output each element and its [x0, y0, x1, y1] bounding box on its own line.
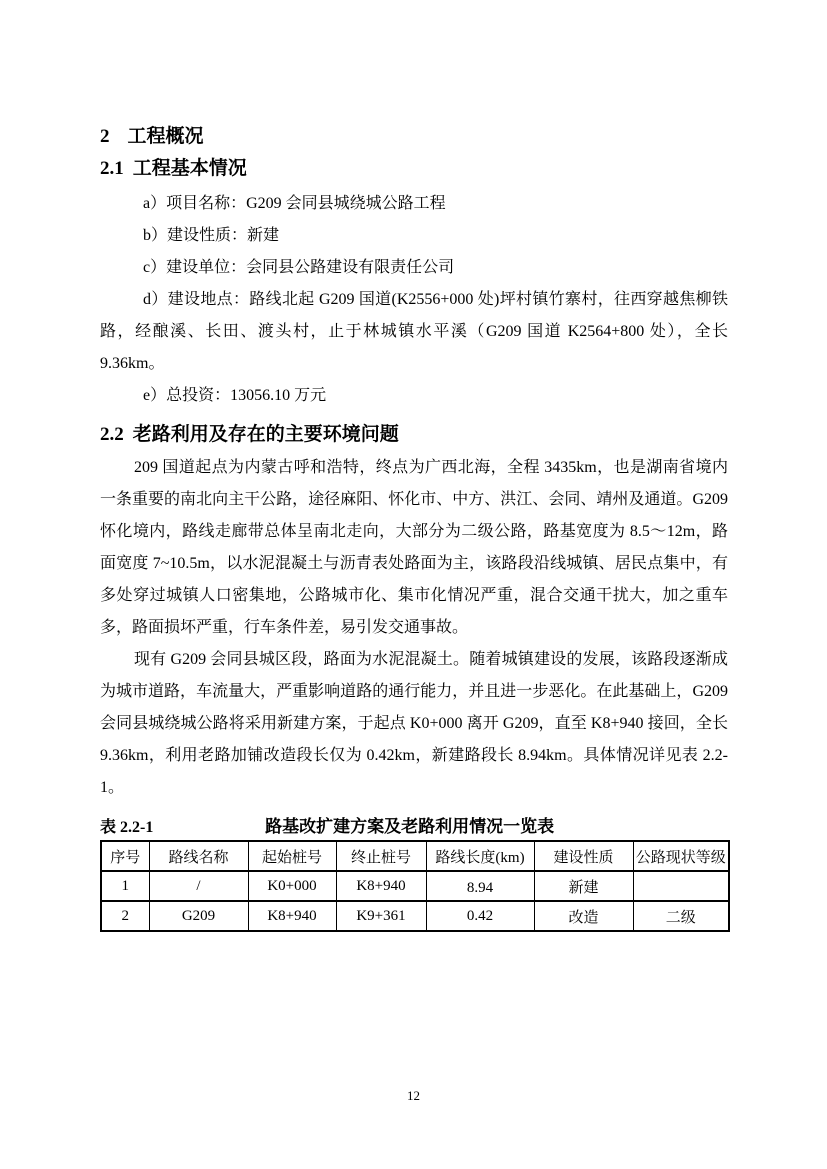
- list-item-a: a）项目名称：G209 会同县城绕城公路工程: [100, 188, 728, 220]
- cell-start-stake: K8+940: [248, 901, 336, 931]
- cell-length: 8.94: [426, 871, 534, 901]
- chapter-heading-title: 工程概况: [128, 126, 204, 147]
- table-caption-title: 路基改扩建方案及老路利用情况一览表: [153, 812, 666, 837]
- section-heading-2-1-title: 工程基本情况: [133, 158, 247, 179]
- section-heading-2-1-number: 2.1: [100, 158, 124, 179]
- section-heading-2-1: 2.1工程基本情况: [100, 156, 728, 182]
- cell-start-stake: K0+000: [248, 871, 336, 901]
- col-header-construction-type: 建设性质: [534, 841, 633, 871]
- col-header-length: 路线长度(km): [426, 841, 534, 871]
- col-header-start-stake: 起始桩号: [248, 841, 336, 871]
- cell-end-stake: K8+940: [336, 871, 426, 901]
- body-paragraph-1: 209 国道起点为内蒙古呼和浩特，终点为广西北海，全程 3435km，也是湖南省…: [100, 452, 728, 644]
- cell-index: 1: [101, 871, 149, 901]
- table-caption: 表 2.2-1 路基改扩建方案及老路利用情况一览表: [100, 812, 728, 837]
- cell-index: 2: [101, 901, 149, 931]
- cell-route-name: /: [149, 871, 248, 901]
- section-heading-2-2-title: 老路利用及存在的主要环境问题: [133, 424, 399, 445]
- table-row: 1 / K0+000 K8+940 8.94 新建: [101, 871, 729, 901]
- cell-road-grade: [633, 871, 729, 901]
- col-header-road-grade: 公路现状等级: [633, 841, 729, 871]
- cell-length: 0.42: [426, 901, 534, 931]
- cell-construction-type: 改造: [534, 901, 633, 931]
- body-paragraph-2: 现有 G209 会同县城区段，路面为水泥混凝土。随着城镇建设的发展，该路段逐渐成…: [100, 644, 728, 804]
- table-caption-label: 表 2.2-1: [100, 814, 153, 837]
- page-number: 12: [0, 1088, 827, 1104]
- table-row: 2 G209 K8+940 K9+361 0.42 改造 二级: [101, 901, 729, 931]
- table-header-row: 序号 路线名称 起始桩号 终止桩号 路线长度(km) 建设性质 公路现状等级: [101, 841, 729, 871]
- col-header-route-name: 路线名称: [149, 841, 248, 871]
- road-reconstruction-table: 序号 路线名称 起始桩号 终止桩号 路线长度(km) 建设性质 公路现状等级 1…: [100, 840, 730, 932]
- section-heading-2-2-number: 2.2: [100, 424, 124, 445]
- cell-construction-type: 新建: [534, 871, 633, 901]
- chapter-heading: 2工程概况: [100, 124, 728, 150]
- col-header-end-stake: 终止桩号: [336, 841, 426, 871]
- cell-route-name: G209: [149, 901, 248, 931]
- document-page: 2工程概况 2.1工程基本情况 a）项目名称：G209 会同县城绕城公路工程 b…: [0, 0, 827, 1169]
- list-item-b: b）建设性质：新建: [100, 220, 728, 252]
- list-item-e: e）总投资：13056.10 万元: [100, 380, 728, 412]
- chapter-heading-number: 2: [100, 126, 110, 147]
- list-item-d: d）建设地点：路线北起 G209 国道(K2556+000 处)坪村镇竹寨村，往…: [100, 284, 728, 380]
- list-item-c: c）建设单位：会同县公路建设有限责任公司: [100, 252, 728, 284]
- cell-road-grade: 二级: [633, 901, 729, 931]
- cell-end-stake: K9+361: [336, 901, 426, 931]
- document-content: 2工程概况 2.1工程基本情况 a）项目名称：G209 会同县城绕城公路工程 b…: [100, 124, 728, 932]
- section-heading-2-2: 2.2老路利用及存在的主要环境问题: [100, 422, 728, 448]
- col-header-index: 序号: [101, 841, 149, 871]
